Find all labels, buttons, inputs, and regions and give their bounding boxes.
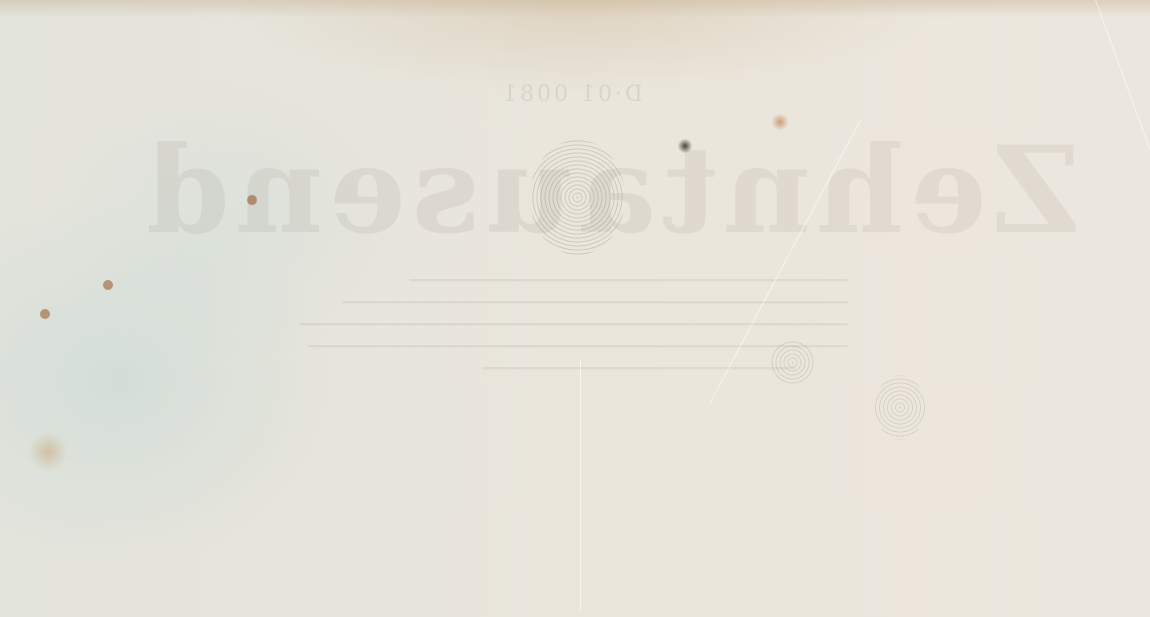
foxing-spot [771,113,789,131]
fold-crease [580,360,581,610]
dark-spot [678,139,692,153]
foxing-spot [103,280,113,290]
top-edge-stain [0,0,1150,18]
showthrough-serial: D·01 0081 [500,82,643,107]
showthrough-body-text: ━━━━━━━━━━━━━━━━━━━━━━━━━━━━━━━━━━━━━━━━… [300,270,848,380]
fingerprint-smudge [530,140,625,255]
foxing-spot [40,309,50,319]
foxing-spot [247,195,257,205]
fingerprint-smudge [875,375,925,440]
fold-crease [1095,0,1150,188]
stain [28,432,68,472]
fingerprint-smudge [770,340,815,385]
banknote-reverse: D·01 0081 Zehntausend ━━━━━━━━━━━━━━━━━━… [0,0,1150,617]
